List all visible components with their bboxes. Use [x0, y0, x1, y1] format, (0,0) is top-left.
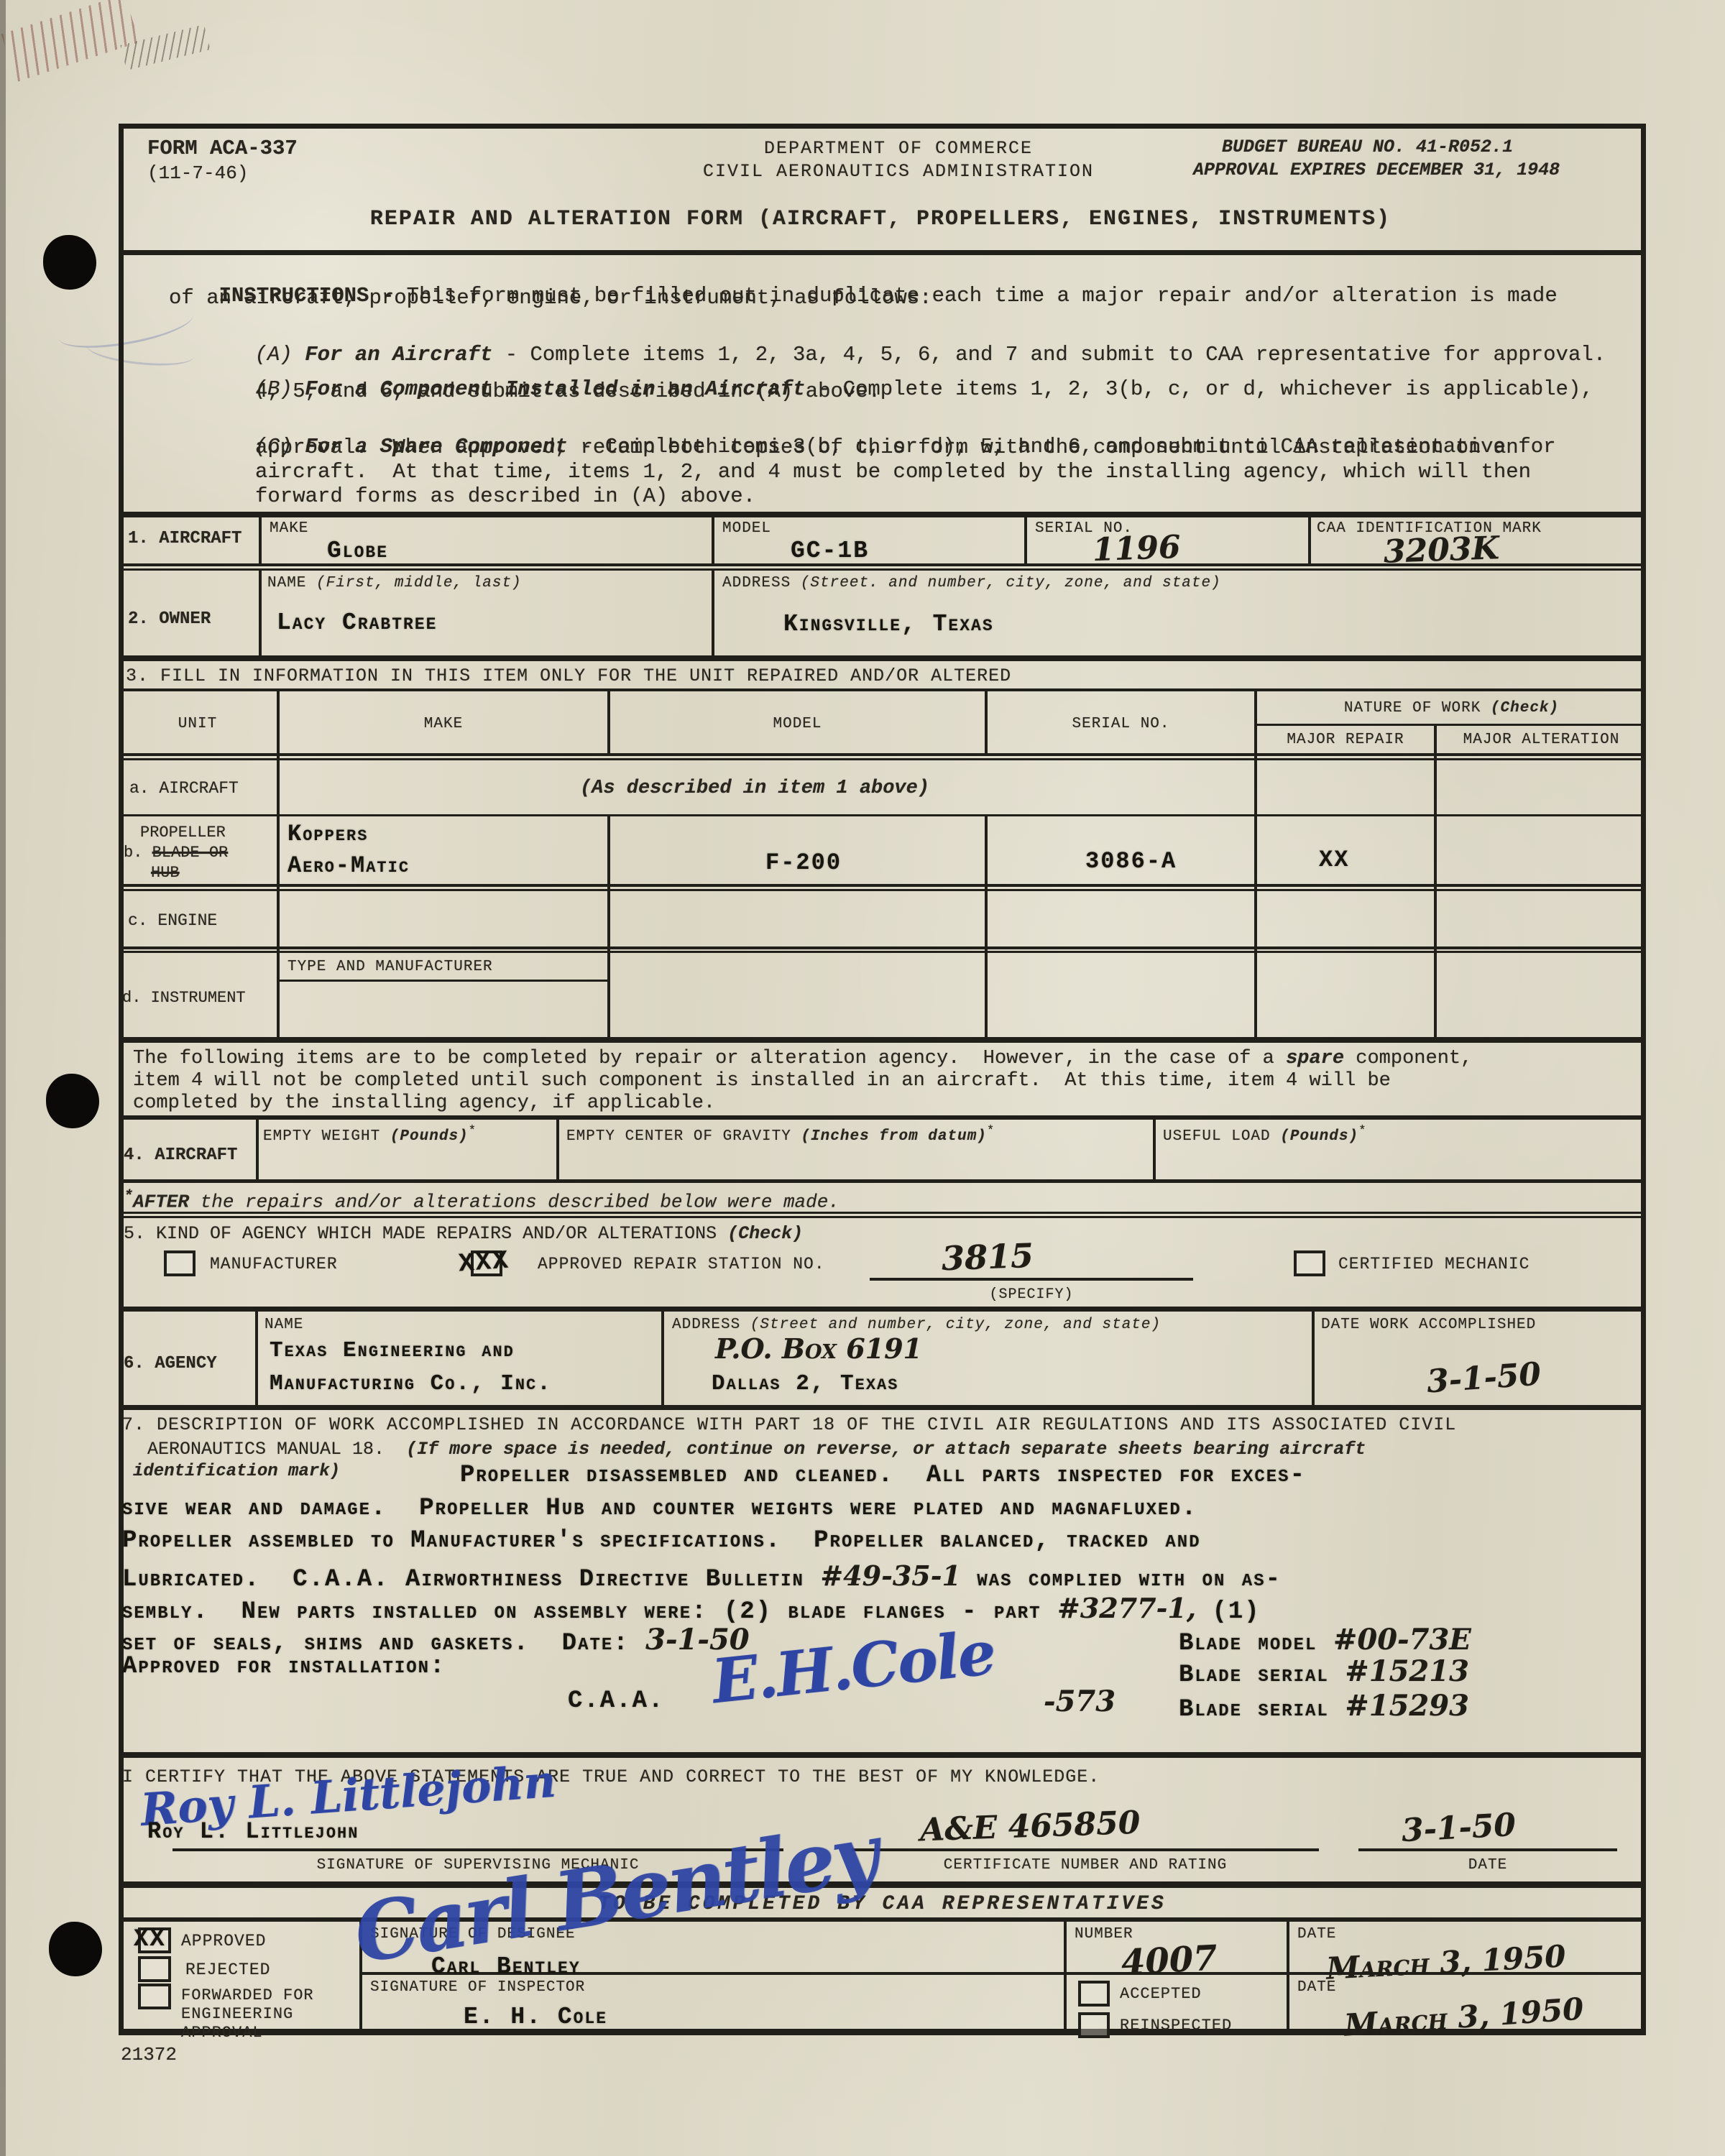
note-line-3: completed by the installing agency, if a…	[133, 1092, 715, 1114]
designee-signature-ink[interactable]: Carl Bentley	[348, 1807, 883, 1982]
item4-empty-weight-label: EMPTY WEIGHT (Pounds)*	[263, 1124, 477, 1145]
item7-caa-line: C.A.A.	[568, 1687, 664, 1715]
footer-code: 21372	[121, 2044, 177, 2065]
item3-row-a-note: (As described in item 1 above)	[359, 778, 1150, 799]
blade-serial-line-1: Blade serial #15213	[1179, 1654, 1469, 1689]
note-line-1c: component,	[1344, 1048, 1472, 1069]
scanned-form-page: FORM ACA-337 (11-7-46) DEPARTMENT OF COM…	[0, 0, 1725, 2156]
item7-heading-1: 7. DESCRIPTION OF WORK ACCOMPLISHED IN A…	[122, 1414, 1456, 1435]
specify-underline	[870, 1278, 1193, 1281]
accepted-checkbox[interactable]	[1078, 1981, 1110, 2007]
divider	[119, 951, 1646, 953]
approved-repair-station-label: APPROVED REPAIR STATION NO.	[538, 1255, 825, 1273]
item3-row-b-make-1[interactable]: Koppers	[287, 821, 368, 847]
grid-line	[259, 517, 262, 563]
grid-line	[985, 816, 988, 1037]
item7-heading-2-text: AERONAUTICS MANUAL 18.	[147, 1439, 406, 1460]
item1-model-label: MODEL	[722, 520, 771, 537]
grid-line	[1153, 1120, 1156, 1179]
item7-line-1: Propeller disassembled and cleaned. All …	[460, 1462, 1306, 1489]
note-line-1a: The following items are to be completed …	[133, 1048, 1286, 1069]
item1-model-value[interactable]: GC-1B	[791, 538, 869, 564]
instructions-intro-2: of an aircraft, propeller, engine, or in…	[169, 286, 932, 310]
item7-caa-prefix: C.A.A.	[568, 1687, 664, 1715]
item2-name-label: NAME (First, middle, last)	[267, 575, 522, 591]
item4-ul-text: USEFUL LOAD	[1163, 1128, 1280, 1145]
manufacturer-checkbox[interactable]	[164, 1250, 195, 1276]
item4-footnote-rest: the repairs and/or alterations described…	[189, 1192, 839, 1213]
grid-line	[607, 816, 610, 1037]
item3-row-b-model[interactable]: F-200	[765, 849, 842, 876]
divider	[119, 1212, 1646, 1214]
item3-row-b-prefix: b.	[124, 844, 152, 862]
form-border-top	[119, 124, 1646, 129]
blade-serial-line-2: Blade serial #15293	[1179, 1689, 1469, 1723]
certificate-number-label: CERTIFICATE NUMBER AND RATING	[852, 1857, 1319, 1874]
note-line-1: The following items are to be completed …	[133, 1048, 1472, 1069]
item3-col-unit: UNIT	[119, 716, 277, 732]
item3-row-c-label: c. ENGINE	[128, 911, 217, 930]
blade-model-label: Blade model	[1179, 1630, 1333, 1657]
form-title: REPAIR AND ALTERATION FORM (AIRCRAFT, PR…	[180, 207, 1581, 231]
blade-serial-1-label: Blade serial	[1179, 1662, 1345, 1689]
grid-line	[661, 1312, 664, 1405]
item4-ew-text: EMPTY WEIGHT	[263, 1128, 390, 1145]
department-line-1: DEPARTMENT OF COMMERCE	[611, 138, 1186, 159]
item5-heading: 5. KIND OF AGENCY WHICH MADE REPAIRS AND…	[124, 1223, 803, 1244]
divider	[119, 250, 1646, 255]
accepted-label: ACCEPTED	[1120, 1985, 1202, 2003]
item3-row-b-unit-1[interactable]: PROPELLER	[140, 824, 226, 842]
item4-cg-note: (Inches from datum)	[801, 1128, 986, 1145]
item7-line-3: Propeller assembled to Manufacturer's sp…	[122, 1527, 1201, 1554]
item3-col-major-alteration: MAJOR ALTERATION	[1437, 732, 1646, 748]
grid-line	[712, 517, 714, 563]
blade-serial-2-value: #15293	[1345, 1689, 1469, 1723]
item7-approved-for-installation: Approved for installation:	[122, 1653, 446, 1680]
item2-addr-label: ADDRESS (Street. and number, city, zone,…	[722, 575, 1221, 591]
budget-bureau-no: BUDGET BUREAU NO. 41-R052.1	[1222, 137, 1513, 157]
approved-label: APPROVED	[181, 1932, 266, 1950]
forwarded-checkbox[interactable]	[138, 1984, 171, 2009]
divider	[119, 753, 1646, 756]
reinspected-checkbox[interactable]	[1078, 2012, 1110, 2038]
divider	[119, 1881, 1646, 1888]
inspector-date-label: DATE	[1297, 1979, 1336, 1996]
note-line-2: item 4 will not be completed until such …	[133, 1070, 1391, 1092]
item3-row-b-strike-blade-or: BLADE OR	[152, 844, 229, 862]
number-label: NUMBER	[1075, 1926, 1133, 1943]
item3-row-a-label: a. AIRCRAFT	[129, 779, 239, 798]
item3-col-nature: NATURE OF WORK (Check)	[1257, 700, 1646, 717]
item2-addr-label-text: ADDRESS	[722, 575, 801, 591]
item6-name-value-1[interactable]: Texas Engineering and	[270, 1338, 515, 1363]
divider	[119, 946, 1646, 949]
item7-line-4c: was complied with on as-	[961, 1566, 1282, 1593]
grid-line	[1254, 724, 1646, 726]
item3-col-model: MODEL	[610, 716, 985, 732]
grid-line	[1064, 1922, 1067, 2029]
item3-row-d-label: d. INSTRUMENT	[122, 989, 246, 1007]
item3-row-b-serial[interactable]: 3086-A	[1085, 848, 1177, 875]
item5-heading-text: 5. KIND OF AGENCY WHICH MADE REPAIRS AND…	[124, 1223, 727, 1244]
item4-cg-value[interactable]	[589, 1150, 805, 1171]
certificate-underline	[852, 1848, 1319, 1851]
mechanic-name-typed: Roy L. Littlejohn	[147, 1818, 359, 1845]
instruction-b-2: 4, 5, and 6, and submit as described in …	[255, 379, 880, 403]
item7-line-5-hand: #3277-1,	[1057, 1592, 1196, 1624]
item6-date-value[interactable]: 3-1-50	[1425, 1356, 1542, 1401]
inspector-signature-label: SIGNATURE OF INSPECTOR	[370, 1979, 585, 1996]
item7-line-6: set of seals, shims and gaskets. Date: 3…	[122, 1623, 750, 1657]
item3-row-b-make-2[interactable]: Aero-Matic	[287, 852, 410, 879]
item6-addr-note: (Street and number, city, zone, and stat…	[750, 1317, 1161, 1333]
item7-line-5c: (1)	[1196, 1598, 1261, 1626]
item2-name-label-text: NAME	[267, 575, 316, 591]
item4-cg-label: EMPTY CENTER OF GRAVITY (Inches from dat…	[566, 1124, 995, 1145]
date-underline	[1358, 1848, 1617, 1851]
item7-heading-2: AERONAUTICS MANUAL 18. (If more space is…	[147, 1439, 1366, 1460]
divider	[119, 688, 1646, 691]
specify-label: (SPECIFY)	[870, 1286, 1193, 1303]
forwarded-label-2: ENGINEERING	[181, 2005, 293, 2023]
grid-line	[256, 1120, 259, 1179]
instruction-c-3: aircraft. At that time, items 1, 2, and …	[255, 460, 1531, 484]
grid-line	[259, 571, 262, 655]
department-line-2: CIVIL AERONAUTICS ADMINISTRATION	[611, 161, 1186, 182]
item3-col-make: MAKE	[280, 716, 607, 732]
certified-mechanic-label: CERTIFIED MECHANIC	[1338, 1255, 1529, 1273]
inspector-signature-ink[interactable]: E.H.Cole	[709, 1617, 998, 1718]
item4-ul-star: *	[1358, 1124, 1367, 1138]
divider	[119, 889, 1646, 891]
item6-date-label: DATE WORK ACCOMPLISHED	[1321, 1317, 1536, 1333]
forwarded-label-1: FORWARDED FOR	[181, 1986, 314, 2004]
item1-make-label: MAKE	[270, 520, 308, 537]
grid-line	[1287, 1922, 1289, 2029]
reinspected-label: REINSPECTED	[1120, 2017, 1232, 2035]
item2-addr-note: (Street. and number, city, zone, and sta…	[801, 575, 1221, 591]
item1-make-value[interactable]: Globe	[327, 538, 388, 564]
approved-x-mark[interactable]: XX	[134, 1926, 166, 1953]
rejected-checkbox[interactable]	[138, 1956, 171, 1982]
item4-useful-load-label: USEFUL LOAD (Pounds)*	[1163, 1124, 1367, 1145]
divider	[119, 1752, 1646, 1758]
item3-row-b-major-repair-mark[interactable]: XX	[1319, 847, 1349, 873]
blade-serial-1-value: #15213	[1345, 1654, 1469, 1688]
blade-model-value: #00-73E	[1333, 1623, 1471, 1657]
item4-ew-star: *	[469, 1124, 477, 1138]
item2-label: 2. OWNER	[128, 609, 211, 629]
item5-heading-note: (Check)	[727, 1223, 803, 1244]
grid-line	[1024, 517, 1027, 563]
certificate-number-value[interactable]: A&E 465850	[919, 1805, 1141, 1849]
item2-name-value[interactable]: Lacy Crabtree	[277, 609, 437, 636]
item7-line-4: Lubricated. C.A.A. Airworthiness Directi…	[122, 1560, 1282, 1593]
grid-line	[255, 1312, 258, 1405]
item7-heading-2-note: (If more space is needed, continue on re…	[406, 1439, 1366, 1460]
divider	[119, 884, 1646, 887]
item3-col-nature-text: NATURE OF WORK	[1344, 700, 1491, 717]
divider	[119, 1917, 1646, 1922]
item3-row-b-unit-2: b. BLADE OR	[124, 844, 228, 862]
divider	[119, 814, 1646, 816]
item4-label: 4. AIRCRAFT	[124, 1146, 237, 1165]
designee-date-value[interactable]: March 3, 1950	[1325, 1938, 1567, 1986]
grid-line	[277, 980, 610, 982]
grid-line	[1308, 517, 1311, 563]
certified-mechanic-checkbox[interactable]	[1294, 1250, 1325, 1276]
rejected-label: REJECTED	[185, 1961, 270, 1979]
item6-label: 6. AGENCY	[124, 1354, 217, 1373]
grid-line	[277, 691, 280, 1037]
item1-label: 1. AIRCRAFT	[128, 529, 241, 548]
approval-expires: APPROVAL EXPIRES DECEMBER 31, 1948	[1193, 160, 1560, 180]
form-border-right	[1641, 124, 1646, 2035]
item4-ul-note: (Pounds)	[1280, 1128, 1358, 1145]
divider	[119, 1405, 1646, 1410]
grid-line	[1312, 1312, 1315, 1405]
item6-addr-value-1[interactable]: P.O. Box 6191	[715, 1332, 922, 1365]
item3-row-b-strike-hub: HUB	[151, 864, 180, 882]
item4-cg-star: *	[987, 1124, 995, 1138]
item4-empty-weight-value[interactable]	[287, 1150, 503, 1171]
item7-line-5: sembly. New parts installed on assembly …	[122, 1592, 1261, 1626]
divider	[119, 1307, 1646, 1312]
caa-band-title: TO BE COMPLETED BY CAA REPRESENTATIVES	[119, 1893, 1646, 1915]
item3-col-nature-note: (Check)	[1491, 700, 1559, 717]
instruction-c-2: approval. When approved, retain both cop…	[255, 436, 1519, 459]
note-line-1-italic: spare	[1286, 1048, 1344, 1069]
item4-ew-note: (Pounds)	[390, 1128, 469, 1145]
divider	[119, 568, 1646, 571]
divider	[119, 1115, 1646, 1120]
item3-col-major-repair: MAJOR REPAIR	[1257, 732, 1434, 748]
item4-footnote-lead: AFTER	[133, 1192, 189, 1213]
item7-line-4-hand: #49-35-1	[820, 1560, 961, 1592]
item7-heading-3-note: identification mark)	[133, 1462, 340, 1481]
item2-name-note: (First, middle, last)	[316, 575, 522, 591]
item4-footnote: *AFTER the repairs and/or alterations de…	[124, 1187, 839, 1213]
form-border-left	[119, 124, 124, 2035]
item7-line-5a: sembly. New parts installed on assembly …	[122, 1598, 1057, 1626]
scan-edge-artifact	[0, 0, 6, 2156]
item6-addr-label: ADDRESS (Street and number, city, zone, …	[672, 1317, 1161, 1333]
blade-model-line: Blade model #00-73E	[1179, 1623, 1471, 1657]
item3-row-d-sub-label: TYPE AND MANUFACTURER	[287, 959, 493, 975]
grid-line	[556, 1120, 559, 1179]
divider	[119, 512, 1646, 517]
faint-blue-scribble	[85, 332, 195, 369]
divider	[119, 1216, 1646, 1218]
divider	[119, 1037, 1646, 1043]
instruction-b-body: - Complete items 1, 2, 3(b, c, or d, whi…	[805, 377, 1593, 401]
divider	[119, 758, 1646, 760]
item4-cg-text: EMPTY CENTER OF GRAVITY	[566, 1128, 801, 1145]
certify-date-value[interactable]: 3-1-50	[1401, 1807, 1517, 1849]
form-revision-date: (11-7-46)	[147, 162, 248, 184]
grid-line	[1434, 726, 1437, 1037]
divider	[119, 655, 1646, 661]
item3-col-serial: SERIAL NO.	[988, 716, 1254, 732]
forwarded-label-3: APPROVAL	[181, 2024, 263, 2042]
item2-addr-value[interactable]: Kingsville, Texas	[783, 611, 994, 637]
item6-name-value-2[interactable]: Manufacturing Co., Inc.	[270, 1371, 552, 1396]
certify-date-label: DATE	[1358, 1857, 1617, 1874]
scan-corner-scribble	[1, 0, 140, 82]
item1-serial-value[interactable]: 1196	[1092, 529, 1181, 568]
item7-line-4a: Lubricated. C.A.A. Airworthiness Directi…	[122, 1566, 820, 1593]
item6-addr-value-2[interactable]: Dallas 2, Texas	[712, 1371, 898, 1396]
item7-line-2: sive wear and damage. Propeller Hub and …	[122, 1495, 1197, 1522]
grid-line	[712, 571, 714, 655]
repair-station-number-value[interactable]: 3815	[941, 1236, 1034, 1278]
inspector-name-typed: E. H. Cole	[464, 2004, 607, 2030]
blade-serial-2-label: Blade serial	[1179, 1696, 1345, 1723]
item4-footnote-star: *	[124, 1187, 133, 1205]
divider	[119, 1179, 1646, 1183]
divider	[119, 563, 1646, 566]
item3-heading: 3. FILL IN INFORMATION IN THIS ITEM ONLY…	[126, 665, 1011, 686]
item6-name-label: NAME	[264, 1317, 303, 1333]
item4-useful-load-value[interactable]	[1186, 1150, 1402, 1171]
item6-addr-label-text: ADDRESS	[672, 1317, 750, 1333]
form-number: FORM ACA-337	[147, 137, 298, 160]
manufacturer-label: MANUFACTURER	[210, 1255, 338, 1273]
instruction-c-4: forward forms as described in (A) above.	[255, 484, 755, 508]
item7-caa-suffix: -573	[1044, 1685, 1115, 1718]
number-value[interactable]: 4007	[1121, 1938, 1218, 1984]
repair-station-x-mark[interactable]: XXX	[458, 1246, 511, 1279]
designee-date-label: DATE	[1297, 1926, 1336, 1943]
